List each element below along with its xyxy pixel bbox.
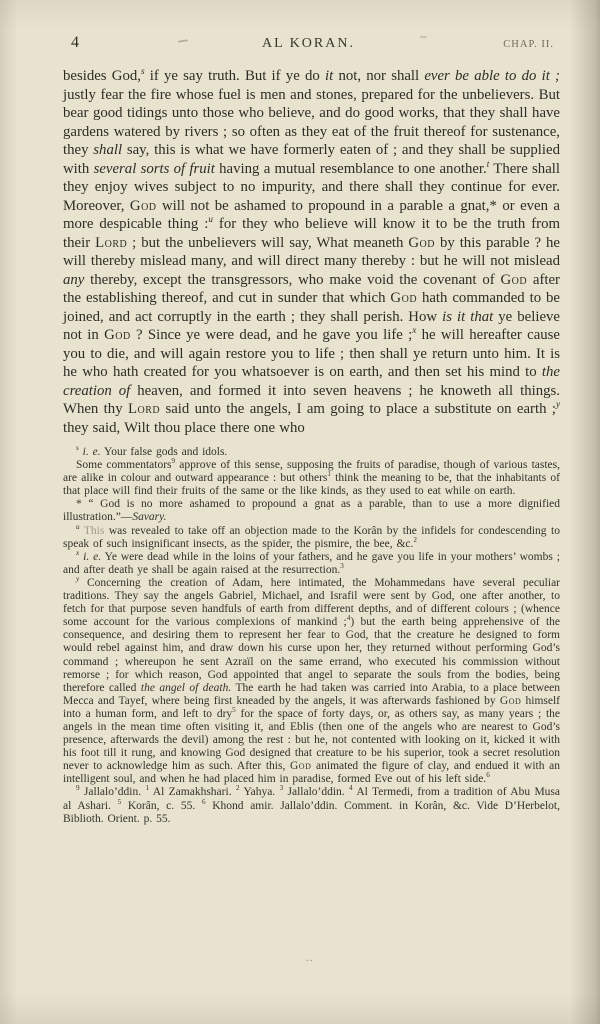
chapter-label: CHAP. II. [503,39,554,50]
book-page-scan: 4 AL KORAN. CHAP. II. besides God,s if y… [0,0,600,1024]
footnote-s: s i. e. Your false gods and idols. [63,446,560,459]
page-number: 4 [71,34,79,52]
footnote-commentators: Some commentators9 approve of this sense… [63,459,560,498]
page-header: 4 AL KORAN. CHAP. II. [63,34,554,56]
scan-speck-mark: .. [306,952,314,964]
reference-citations: 9 Jallalo’ddin. 1 Al Zamakhshari. 2 Yahy… [63,786,560,825]
main-text-paragraph: besides God,s if ye say truth. But if ye… [63,67,560,437]
footnote-x: x i. e. Ye were dead while in the loins … [63,551,560,577]
footnotes-section: s i. e. Your false gods and idols. Some … [63,446,560,826]
footnote-u: u This was revealed to take off an objec… [63,525,560,551]
running-title: AL KORAN. [262,36,355,52]
footnote-y: y Concerning the creation of Adam, here … [63,577,560,787]
footnote-asterisk: * “ God is no more ashamed to propound a… [63,498,560,524]
